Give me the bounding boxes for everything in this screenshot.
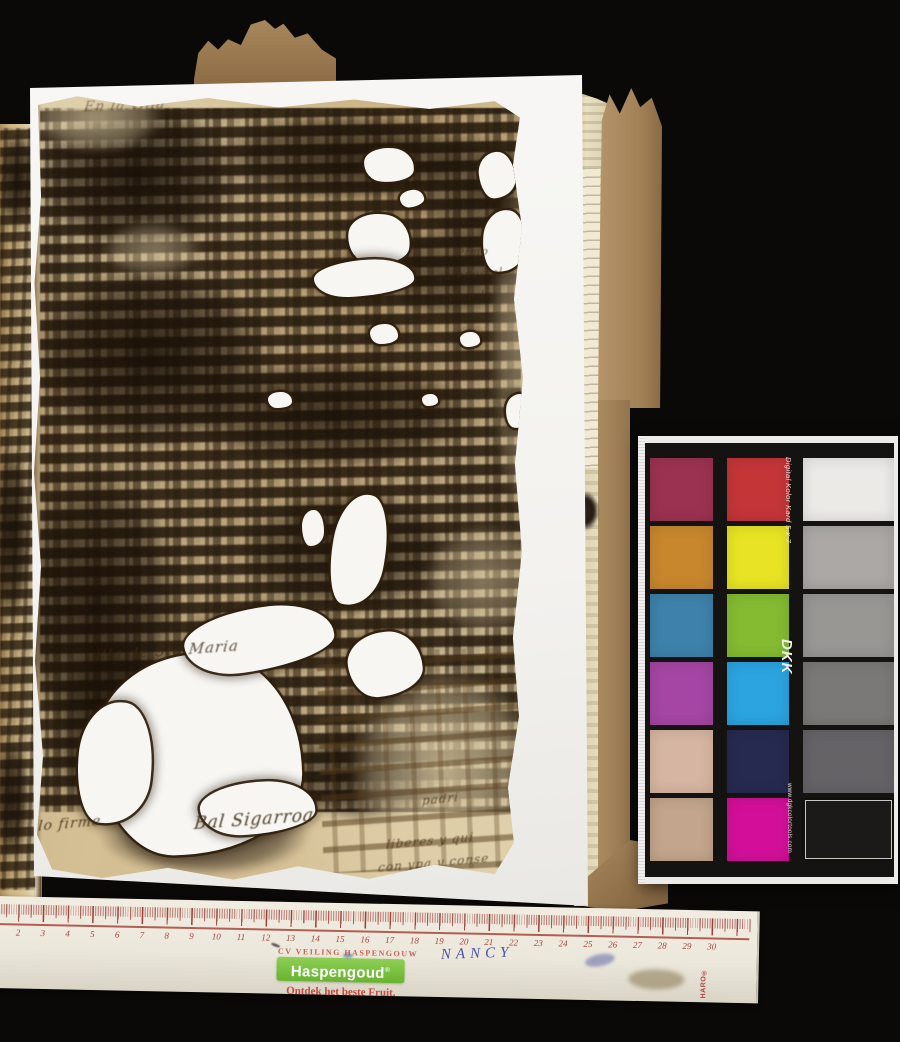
card-brand: DKK bbox=[778, 639, 795, 675]
card-title-vertical: Digital Kolor Kard 5 x 7 bbox=[784, 457, 793, 543]
manuscript-fragment: villa de Sta Maria bbox=[85, 637, 240, 666]
book-cover-edge bbox=[598, 88, 662, 408]
ruler-number: 23 bbox=[534, 938, 543, 948]
color-patch bbox=[727, 730, 789, 793]
color-patch bbox=[803, 662, 894, 725]
color-card-grid bbox=[645, 443, 894, 877]
ruler-number: 27 bbox=[633, 940, 642, 950]
ruler-number: 28 bbox=[658, 940, 667, 950]
ruler-number: 2 bbox=[16, 927, 21, 937]
ruler-number: 30 bbox=[707, 941, 716, 951]
ruler-number: 16 bbox=[360, 934, 369, 944]
ruler-number: 15 bbox=[336, 934, 345, 944]
ruler-number: 18 bbox=[410, 935, 419, 945]
ruler-number: 25 bbox=[583, 939, 592, 949]
ink-smudge bbox=[343, 953, 353, 958]
manuscript-fragment: liberes y qui bbox=[386, 830, 475, 852]
manuscript-fragment: quienes al bbox=[435, 266, 503, 284]
manuscript-page: En la villaPtmoquienes alcomo lovilla de… bbox=[32, 94, 535, 882]
handwritten-name: NANCY bbox=[441, 945, 514, 964]
ruler-number: 5 bbox=[90, 929, 95, 939]
ruler-number: 14 bbox=[311, 933, 320, 943]
manuscript-fragment: lo firme bbox=[37, 813, 101, 835]
color-patch bbox=[803, 458, 894, 521]
manuscript-fragment: padri bbox=[422, 790, 460, 808]
ruler-logo: Haspengoud® bbox=[276, 957, 404, 984]
ruler-tagline: Ontdek het beste Fruit. bbox=[286, 985, 396, 999]
ruler-number: 26 bbox=[608, 939, 617, 949]
ruler-number: 11 bbox=[237, 932, 246, 942]
ruler-logo-text: Haspengoud bbox=[291, 963, 385, 982]
color-patch bbox=[803, 526, 894, 589]
color-patch bbox=[727, 526, 789, 589]
card-website: www.dgkcolortools.com bbox=[786, 783, 793, 853]
ruler-number: 29 bbox=[682, 941, 691, 951]
ruler-number: 8 bbox=[164, 930, 169, 940]
ruler-number: 17 bbox=[385, 935, 394, 945]
ruler-number: 20 bbox=[459, 936, 468, 946]
registered-mark: ® bbox=[385, 967, 391, 974]
ruler-number: 7 bbox=[140, 930, 145, 940]
ruler-number: 12 bbox=[261, 932, 270, 942]
ruler-number: 24 bbox=[559, 938, 568, 948]
color-calibration-card: Digital Kolor Kard 5 x 7 DKK www.dgkcolo… bbox=[638, 436, 898, 884]
color-patch bbox=[650, 798, 713, 861]
color-patch bbox=[650, 662, 713, 725]
ruler-number: 10 bbox=[212, 931, 221, 941]
color-patch bbox=[650, 458, 713, 521]
color-patch bbox=[727, 798, 789, 861]
card-left-edge bbox=[638, 436, 645, 884]
ruler-number: 13 bbox=[286, 933, 295, 943]
ruler-number: 4 bbox=[65, 928, 70, 938]
color-patch bbox=[650, 594, 713, 657]
manuscript-fragment: Bal Sigarroa bbox=[193, 806, 315, 835]
color-patch bbox=[650, 730, 713, 793]
manuscript-fragment: Ptmo bbox=[455, 245, 489, 260]
manuscript-fragments: En la villaPtmoquienes alcomo lovilla de… bbox=[32, 94, 535, 882]
color-patch bbox=[803, 594, 894, 657]
ruler: 1234567891011121314151617181920212223242… bbox=[0, 896, 760, 1003]
photo-stage: En la villaPtmoquienes alcomo lovilla de… bbox=[0, 0, 900, 1042]
ruler-number: 3 bbox=[40, 928, 45, 938]
ruler-number: 6 bbox=[115, 929, 120, 939]
ruler-number: 9 bbox=[189, 931, 194, 941]
color-patch bbox=[803, 730, 894, 793]
color-patch bbox=[650, 526, 713, 589]
ruler-maker-mark: HARO® bbox=[700, 968, 708, 998]
color-patch bbox=[803, 798, 894, 861]
ruler-number: 19 bbox=[435, 936, 444, 946]
manuscript-fragment: como lo bbox=[441, 288, 493, 305]
color-patch bbox=[727, 458, 789, 521]
book-cover-edge-lower bbox=[598, 400, 630, 906]
